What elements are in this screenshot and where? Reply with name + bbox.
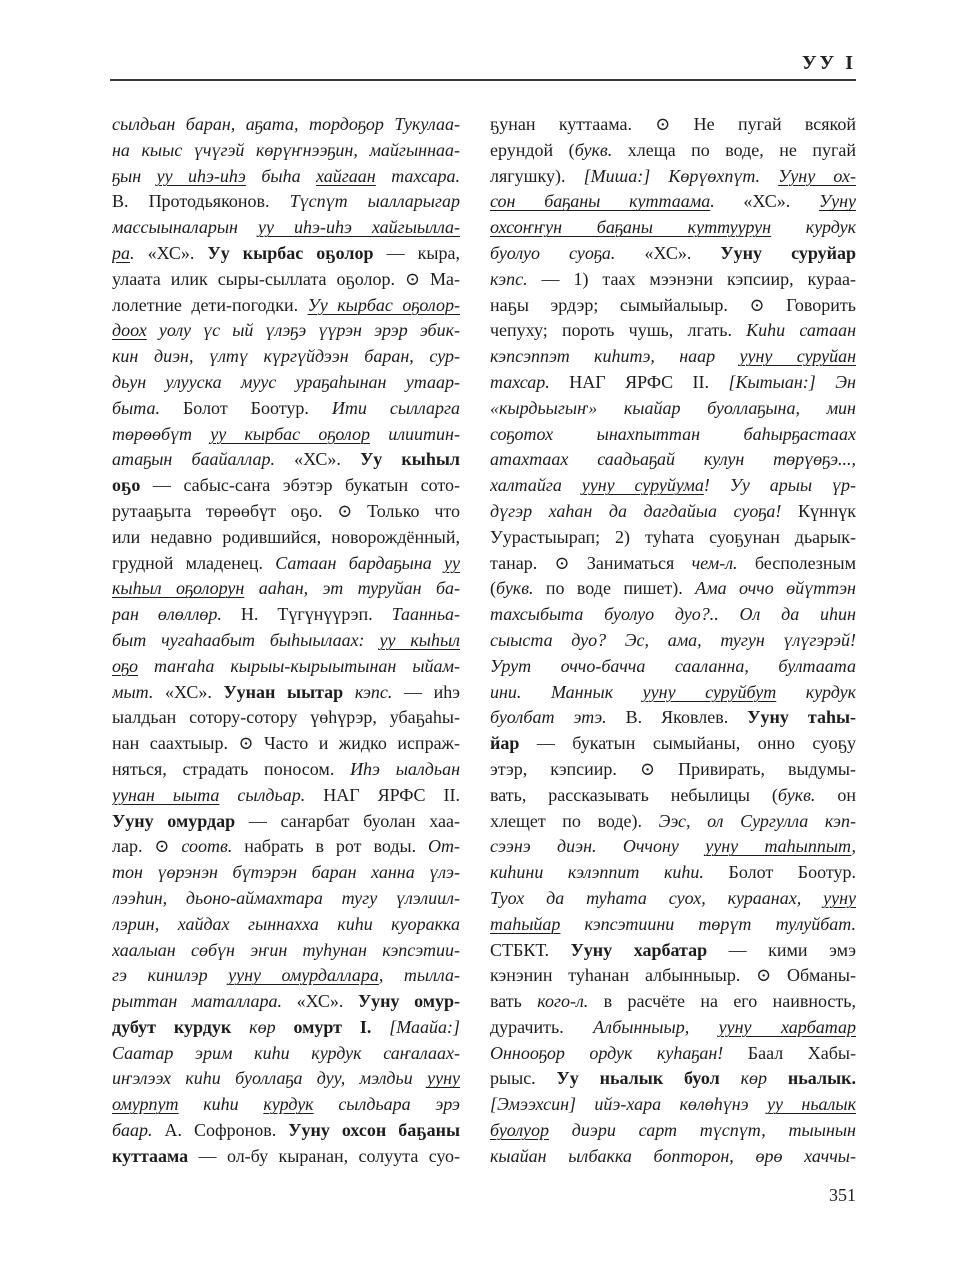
body-text: .: [710, 191, 743, 211]
body-text: сылдьара эрэ: [314, 1094, 460, 1114]
text-line: охсоҥҥун баҕаны куттуурун курдук: [490, 215, 856, 241]
body-text: таһыйар: [490, 914, 560, 934]
text-line: баар. А. Софронов. Ууну охсон баҕаны: [112, 1118, 460, 1144]
text-line: на кыыс үчүгэй көрүҥнээҕин, майгыннаа-: [112, 138, 460, 164]
body-text: соотв.: [181, 836, 232, 856]
body-text: ,: [852, 836, 857, 856]
body-text: курдук: [776, 682, 856, 702]
body-text: Оннооҕор ордук куһаҕан!: [490, 1043, 748, 1063]
body-text: ерундой (: [490, 140, 575, 160]
body-text: или недавно родившийся, новорождённый,: [112, 527, 460, 547]
text-line: соҕотох ынахпыттан баһырҕастаах: [490, 422, 856, 448]
body-text: атаҕын баайаллар.: [112, 449, 294, 469]
body-text: он: [815, 785, 856, 805]
body-text: быта.: [112, 398, 183, 418]
text-line: лэрин, хайдах гыннахха киһи куоракка: [112, 912, 460, 938]
body-text: кэпсэтиини төрүт тулуйбат.: [560, 914, 856, 934]
body-text: кого-л.: [537, 991, 588, 1011]
body-text: ини. Маннык: [490, 682, 643, 702]
body-text: ! Уу арыы үр-: [704, 475, 856, 495]
body-text: кэпсэппэт киһитэ, наар: [490, 346, 739, 366]
body-text: наҕы эрдэр; сымыйалыыр. ⊙ Говорить: [490, 295, 856, 315]
text-line: тон үөрэнэн бүтэрэн баран ханна үлэ-: [112, 860, 460, 886]
text-line: кыһыл оҕолорун ааһан, эт туруйан ба-: [112, 576, 460, 602]
text-line: вать кого-л. в расчёте на его наивность,: [490, 989, 856, 1015]
text-line: уунан ыыта сылдьар. НАГ ЯРФС II.: [112, 783, 460, 809]
body-text: илиитин-: [370, 424, 460, 444]
body-text: кыһыл оҕолорун: [112, 578, 244, 598]
body-text: хаалыан сөбүн эҥин туһунан кэпсэтии-: [112, 940, 460, 960]
body-text: гэ кинилэр: [112, 965, 228, 985]
text-line: атаҕын баайаллар. «ХС». Уу кыһыл: [112, 447, 460, 473]
headword-text: Ууну омурдар: [112, 811, 235, 831]
running-header: УУ I: [112, 52, 856, 75]
text-line: Урут оччо-бачча сааланна, бултаата: [490, 654, 856, 680]
body-text: киһи: [179, 1094, 264, 1114]
body-text: уолу үс ый үлэҕэ үүрэн эрэр эбик-: [147, 320, 460, 340]
body-text: [Эмээхсин] ийэ-хара көлөһүнэ: [490, 1094, 767, 1114]
body-text: ыалдьан сотору-сотору үөһүрэр, убаҕаһы-: [112, 707, 460, 727]
text-line: кин диэн, үлтү күргүйдээн баран, сур-: [112, 344, 460, 370]
text-line: оҕо таҥаһа кырыы-кырыытынан ыйам-: [112, 654, 460, 680]
body-text: рутааҕыта төрөөбүт оҕо. ⊙ Только что: [112, 501, 460, 521]
text-line: В. Протодьяконов. Түспүт ыалларыгар: [112, 189, 460, 215]
body-text: , тылла-: [379, 965, 460, 985]
text-line: грудной младенец. Сатаан бардаҕына уу: [112, 551, 460, 577]
body-text: ууну: [427, 1068, 460, 1088]
body-text: Болот Боотур.: [183, 398, 332, 418]
text-line: или недавно родившийся, новорождённый,: [112, 525, 460, 551]
text-line: рутааҕыта төрөөбүт оҕо. ⊙ Только что: [112, 499, 460, 525]
body-text: рыыс.: [490, 1068, 557, 1088]
text-line: кэпсэппэт киһитэ, наар ууну суруйан: [490, 344, 856, 370]
body-text: уу: [444, 553, 460, 573]
body-text: Уу кырбас оҕолор-: [308, 295, 460, 315]
body-text: лээһин, дьоно-аймахтара тугу үлэлиил-: [112, 888, 460, 908]
text-line: буолбат этэ. В. Яковлев. Ууну таһы-: [490, 705, 856, 731]
text-line: ра. «ХС». Уу кырбас оҕолор — кыра,: [112, 241, 460, 267]
body-text: көр: [741, 1068, 788, 1088]
body-text: кэпс.: [343, 682, 392, 702]
body-text: ууну харбатар: [719, 1017, 856, 1037]
text-line: сыыста дуо? Эс, ама, тугун үлүгэрэй!: [490, 628, 856, 654]
body-text: этэр, кэпсиир. ⊙ Привирать, выдумы-: [490, 759, 856, 779]
body-text: — букатын сымыйаны, онно суоҕу: [519, 733, 856, 753]
body-text: хайгаан: [316, 166, 376, 186]
body-text: набрать в рот воды.: [232, 836, 428, 856]
text-line: этэр, кэпсиир. ⊙ Привирать, выдумы-: [490, 757, 856, 783]
text-line: СТБКТ. Ууну харбатар — кими эмэ: [490, 938, 856, 964]
body-text: буолуор: [490, 1120, 549, 1140]
body-text: — иһэ: [392, 682, 460, 702]
body-text: «ХС».: [743, 191, 819, 211]
text-line: хаалыан сөбүн эҥин туһунан кэпсэтии-: [112, 938, 460, 964]
body-text: баар.: [112, 1120, 165, 1140]
text-columns: сылдьан баран, аҕата, тордоҕор Тукулаа-н…: [112, 112, 856, 1170]
headword-text: Уу кыһыл: [360, 449, 460, 469]
text-line: (букв. по воде пишет). Ама оччо өйүттэн: [490, 576, 856, 602]
body-text: нан саахтыыр. ⊙ Часто и жидко испраж-: [112, 733, 460, 753]
text-line: рыыс. Уу ньалык буол көр ньалык.: [490, 1066, 856, 1092]
body-text: От-: [428, 836, 460, 856]
headword-text: дубут курдук: [112, 1017, 249, 1037]
body-text: Ээс, ол Сургулла кэп-: [659, 811, 856, 831]
body-text: «ХС».: [148, 243, 208, 263]
text-line: иҥэлээх киһи буоллаҕа дуу, мэлдьи ууну: [112, 1066, 460, 1092]
body-text: [Кытыан:] Эн: [729, 372, 856, 392]
body-text: кэпс.: [490, 269, 528, 289]
body-text: ҕын: [112, 166, 157, 186]
body-text: дьун улууска муус ураҕаһынан утаар-: [112, 372, 460, 392]
text-line: быта. Болот Боотур. Ити сылларга: [112, 396, 460, 422]
body-text: .: [130, 243, 148, 263]
text-line: чепуху; пороть чушь, лгать. Киһи сатаан: [490, 318, 856, 344]
text-line: лээһин, дьоно-аймахтара тугу үлэлиил-: [112, 886, 460, 912]
headword-text: оҕо: [112, 475, 140, 495]
body-text: быһа: [246, 166, 316, 186]
body-text: Иһэ ыалдьан: [350, 759, 460, 779]
text-line: ини. Маннык ууну суруйбут курдук: [490, 680, 856, 706]
headword-text: ньалык.: [788, 1068, 856, 1088]
body-text: няться, страдать поносом.: [112, 759, 350, 779]
body-text: «ХС».: [294, 449, 360, 469]
body-text: [Миша:] Көрүөхпүт.: [584, 166, 779, 186]
body-text: омурпут: [112, 1094, 179, 1114]
body-text: сээнэ диэн. Оччону: [490, 836, 705, 856]
body-text: тон үөрэнэн бүтэрэн баран ханна үлэ-: [112, 862, 460, 882]
body-text: ууну суруйума: [582, 475, 704, 495]
body-text: лэрин, хайдах гыннахха киһи куоракка: [112, 914, 460, 934]
text-line: ыалдьан сотору-сотору үөһүрэр, убаҕаһы-: [112, 705, 460, 731]
body-text: Ууну: [819, 191, 856, 211]
body-text: — кыра,: [374, 243, 460, 263]
text-line: Уурастыырап; 2) туһата суоҕунан дьарык-: [490, 525, 856, 551]
body-text: курдук: [771, 217, 856, 237]
text-line: тахсар. НАГ ЯРФС II. [Кытыан:] Эн: [490, 370, 856, 396]
text-line: кыайан ылбакка бопторон, өрө хаччы-: [490, 1144, 856, 1170]
body-text: танар. ⊙ Заниматься: [490, 553, 692, 573]
body-text: «ХС».: [297, 991, 358, 1011]
body-text: лар. ⊙: [112, 836, 181, 856]
body-text: Таанньа-: [392, 604, 460, 624]
text-line: Саатар эрим киһи курдук саҥалаах-: [112, 1041, 460, 1067]
body-text: Баал Хабы-: [748, 1043, 856, 1063]
body-text: ҕунан куттаама. ⊙ Не пугай всякой: [490, 114, 856, 134]
body-text: халтайга: [490, 475, 582, 495]
headword-text: Ууну таһы-: [747, 707, 856, 727]
body-text: ууну омурдаллара: [228, 965, 379, 985]
text-line: халтайга ууну суруйума! Уу арыы үр-: [490, 473, 856, 499]
text-line: лар. ⊙ соотв. набрать в рот воды. От-: [112, 834, 460, 860]
body-text: дурачить.: [490, 1017, 593, 1037]
body-text: мыт.: [112, 682, 165, 702]
text-line: улаата илик сыры-сыллата оҕолор. ⊙ Ма-: [112, 267, 460, 293]
body-text: доох: [112, 320, 147, 340]
text-line: атахтаах саадьаҕай кулун төрүөҕэ...,: [490, 447, 856, 473]
body-text: Н. Түгүнүүрэп.: [241, 604, 392, 624]
body-text: — саҥарбат буолан хаа-: [235, 811, 460, 831]
text-line: наҕы эрдэр; сымыйалыыр. ⊙ Говорить: [490, 293, 856, 319]
body-text: «ХС».: [165, 682, 223, 702]
body-text: дүгэр хаһан да дагдайыа суоҕа!: [490, 501, 798, 521]
text-line: лолетние дети-погодки. Уу кырбас оҕолор-: [112, 293, 460, 319]
headword-text: омурт I.: [293, 1017, 389, 1037]
body-text: хлеща по воде, не пугай: [612, 140, 856, 160]
body-text: уу иһэ-иһэ: [157, 166, 246, 186]
text-line: йар — букатын сымыйаны, онно суоҕу: [490, 731, 856, 757]
body-text: букв.: [575, 140, 613, 160]
body-text: улаата илик сыры-сыллата оҕолор. ⊙ Ма-: [112, 269, 460, 289]
text-line: дьун улууска муус ураҕаһынан утаар-: [112, 370, 460, 396]
text-line: мыт. «ХС». Уунан ыытар кэпс. — иһэ: [112, 680, 460, 706]
body-text: В. Протодьяконов.: [112, 191, 290, 211]
text-line: Ууну омурдар — саҥарбат буолан хаа-: [112, 809, 460, 835]
headword-text: йар: [490, 733, 519, 753]
text-line: «кырдьыгыҥ» кыайар буоллаҕына, мин: [490, 396, 856, 422]
body-text: ран өлөллөр.: [112, 604, 241, 624]
text-line: төрөөбүт уу кырбас оҕолор илиитин-: [112, 422, 460, 448]
text-line: сон баҕаны куттаама. «ХС». Ууну: [490, 189, 856, 215]
text-line: ҕын уу иһэ-иһэ быһа хайгаан тахсара.: [112, 164, 460, 190]
body-text: иҥэлээх киһи буоллаҕа дуу, мэлдьи: [112, 1068, 427, 1088]
body-text: Түспүт ыалларыгар: [290, 191, 460, 211]
body-text: быт чугаһаабыт быһыылаах:: [112, 630, 379, 650]
body-text: Сатаан бардаҕына: [275, 553, 444, 573]
body-text: Туох да туһата суох, кураанах,: [490, 888, 823, 908]
text-line: Туох да туһата суох, кураанах, ууну: [490, 886, 856, 912]
body-text: уу кыһыл: [379, 630, 460, 650]
column-right: ҕунан куттаама. ⊙ Не пугай всякойерундой…: [490, 112, 856, 1170]
text-line: дурачить. Албынныыр, ууну харбатар: [490, 1015, 856, 1041]
body-text: рыттан маталлара.: [112, 991, 297, 1011]
body-text: көр: [249, 1017, 293, 1037]
body-text: Саатар эрим киһи курдук саҥалаах-: [112, 1043, 460, 1063]
body-text: — кими эмэ: [707, 940, 856, 960]
body-text: букв.: [778, 785, 816, 805]
body-text: вать: [490, 991, 537, 1011]
column-left: сылдьан баран, аҕата, тордоҕор Тукулаа-н…: [112, 112, 460, 1170]
body-text: Болот Боотур.: [728, 862, 856, 882]
body-text: ууну таһыппыт: [705, 836, 851, 856]
body-text: — ол-бу кыранан, солуута суо-: [188, 1146, 460, 1166]
body-text: тахсар.: [490, 372, 569, 392]
body-text: уу ньалык: [767, 1094, 856, 1114]
body-text: кэнэнин туһанан албынныыр. ⊙ Обманы-: [490, 965, 856, 985]
text-line: хлещет по воде). Ээс, ол Сургулла кэп-: [490, 809, 856, 835]
body-text: ра: [112, 243, 130, 263]
text-line: ерундой (букв. хлеща по воде, не пугай: [490, 138, 856, 164]
body-text: тахсара.: [376, 166, 460, 186]
headword-text: Уу кырбас оҕолор: [207, 243, 373, 263]
text-line: кэпс. — 1) таах мээнэни кэпсиир, кураа-: [490, 267, 856, 293]
body-text: чепуху; пороть чушь, лгать.: [490, 320, 746, 340]
text-line: омурпут киһи курдук сылдьара эрэ: [112, 1092, 460, 1118]
body-text: сылдьан баран, аҕата, тордоҕор Тукулаа-: [112, 114, 460, 134]
body-text: Киһи сатаан: [746, 320, 856, 340]
body-text: Ити сылларга: [332, 398, 460, 418]
body-text: таҥаһа кырыы-кырыытынан ыйам-: [138, 656, 460, 676]
body-text: хлещет по воде).: [490, 811, 659, 831]
body-text: на кыыс үчүгэй көрүҥнээҕин, майгыннаа-: [112, 140, 460, 160]
text-line: киһини кэлэппит киһи. Болот Боотур.: [490, 860, 856, 886]
body-text: — сабыс-саҥа эбэтэр букатын сото-: [140, 475, 460, 495]
body-text: уу кырбас оҕолор: [210, 424, 370, 444]
header-divider: [110, 79, 856, 81]
body-text: НАГ ЯРФС II.: [305, 785, 460, 805]
body-text: Албынныыр,: [593, 1017, 719, 1037]
body-text: курдук: [263, 1094, 313, 1114]
body-text: буолбат этэ.: [490, 707, 626, 727]
headword-text: Уунан ыытар: [223, 682, 343, 702]
body-text: в расчёте на его наивность,: [588, 991, 856, 1011]
body-text: чем-л.: [692, 553, 738, 573]
body-text: Ама оччо өйүттэн: [695, 578, 856, 598]
body-text: НАГ ЯРФС II.: [569, 372, 728, 392]
body-text: массыыналарын: [112, 217, 258, 237]
body-text: төрөөбүт: [112, 424, 210, 444]
body-text: Ууну ох-: [778, 166, 856, 186]
body-text: сон баҕаны куттаама: [490, 191, 710, 211]
text-line: быт чугаһаабыт быһыылаах: уу кыһыл: [112, 628, 460, 654]
body-text: сылдьар.: [219, 785, 305, 805]
body-text: — 1) таах мээнэни кэпсиир, кураа-: [528, 269, 856, 289]
body-text: кыайан ылбакка бопторон, өрө хаччы-: [490, 1146, 856, 1166]
body-text: Уурастыырап; 2) туһата суоҕунан дьарык-: [490, 527, 856, 547]
body-text: по воде пишет).: [534, 578, 696, 598]
text-line: сылдьан баран, аҕата, тордоҕор Тукулаа-: [112, 112, 460, 138]
headword-text: Ууну суруйар: [720, 243, 856, 263]
body-text: буолуо суоҕа.: [490, 243, 645, 263]
body-text: В. Яковлев.: [626, 707, 748, 727]
body-text: соҕотох ынахпыттан баһырҕастаах: [490, 424, 856, 444]
body-text: грудной младенец.: [112, 553, 275, 573]
text-line: нан саахтыыр. ⊙ Часто и жидко испраж-: [112, 731, 460, 757]
body-text: ууну: [823, 888, 856, 908]
text-line: рыттан маталлара. «ХС». Ууну омур-: [112, 989, 460, 1015]
text-line: ҕунан куттаама. ⊙ Не пугай всякой: [490, 112, 856, 138]
headword-text: куттаама: [112, 1146, 188, 1166]
body-text: Күннүк: [798, 501, 856, 521]
body-text: «ХС».: [645, 243, 721, 263]
body-text: Урут оччо-бачча сааланна, бултаата: [490, 656, 856, 676]
body-text: бесполезным: [738, 553, 856, 573]
body-text: вать, рассказывать небылицы (: [490, 785, 778, 805]
text-line: кэнэнин туһанан албынныыр. ⊙ Обманы-: [490, 963, 856, 989]
text-line: [Эмээхсин] ийэ-хара көлөһүнэ уу ньалык: [490, 1092, 856, 1118]
body-text: букв.: [496, 578, 534, 598]
body-text: уу иһэ-иһэ хайгыылла-: [258, 217, 460, 237]
headword-text: Уу ньалык буол: [557, 1068, 741, 1088]
body-text: «кырдьыгыҥ» кыайар буоллаҕына, мин: [490, 398, 856, 418]
text-line: лягушку). [Миша:] Көрүөхпүт. Ууну ох-: [490, 164, 856, 190]
text-line: гэ кинилэр ууну омурдаллара, тылла-: [112, 963, 460, 989]
headword-text: Ууну харбатар: [571, 940, 708, 960]
body-text: оҕо: [112, 656, 138, 676]
text-line: сээнэ диэн. Оччону ууну таһыппыт,: [490, 834, 856, 860]
text-line: буолуо суоҕа. «ХС». Ууну суруйар: [490, 241, 856, 267]
text-line: дубут курдук көр омурт I. [Маайа:]: [112, 1015, 460, 1041]
body-text: ааһан, эт туруйан ба-: [244, 578, 460, 598]
body-text: уунан ыыта: [112, 785, 219, 805]
body-text: [Маайа:]: [389, 1017, 460, 1037]
text-line: массыыналарын уу иһэ-иһэ хайгыылла-: [112, 215, 460, 241]
text-line: доох уолу үс ый үлэҕэ үүрэн эрэр эбик-: [112, 318, 460, 344]
text-line: куттаама — ол-бу кыранан, солуута суо-: [112, 1144, 460, 1170]
body-text: диэри сарт түспүт, тыынын: [549, 1120, 856, 1140]
body-text: СТБКТ.: [490, 940, 571, 960]
text-line: танар. ⊙ Заниматься чем-л. бесполезным: [490, 551, 856, 577]
body-text: ууну суруйан: [739, 346, 856, 366]
text-line: оҕо — сабыс-саҥа эбэтэр букатын сото-: [112, 473, 460, 499]
headword-text: Ууну охсон баҕаны: [288, 1120, 460, 1140]
text-line: буолуор диэри сарт түспүт, тыынын: [490, 1118, 856, 1144]
body-text: тахсыбыта буолуо дуо?.. Ол да иһин: [490, 604, 856, 624]
text-line: дүгэр хаһан да дагдайыа суоҕа! Күннүк: [490, 499, 856, 525]
text-line: Оннооҕор ордук куһаҕан! Баал Хабы-: [490, 1041, 856, 1067]
text-line: ран өлөллөр. Н. Түгүнүүрэп. Таанньа-: [112, 602, 460, 628]
text-line: тахсыбыта буолуо дуо?.. Ол да иһин: [490, 602, 856, 628]
body-text: сыыста дуо? Эс, ама, тугун үлүгэрэй!: [490, 630, 856, 650]
text-line: таһыйар кэпсэтиини төрүт тулуйбат.: [490, 912, 856, 938]
body-text: киһини кэлэппит киһи.: [490, 862, 728, 882]
body-text: охсоҥҥун баҕаны куттуурун: [490, 217, 771, 237]
text-line: няться, страдать поносом. Иһэ ыалдьан: [112, 757, 460, 783]
body-text: лягушку).: [490, 166, 584, 186]
page-number: 351: [112, 1185, 856, 1206]
body-text: А. Софронов.: [165, 1120, 289, 1140]
body-text: кин диэн, үлтү күргүйдээн баран, сур-: [112, 346, 460, 366]
text-line: вать, рассказывать небылицы (букв. он: [490, 783, 856, 809]
headword-text: Ууну омур-: [358, 991, 460, 1011]
body-text: лолетние дети-погодки.: [112, 295, 308, 315]
body-text: атахтаах саадьаҕай кулун төрүөҕэ...,: [490, 449, 856, 469]
dictionary-page: УУ I сылдьан баран, аҕата, тордоҕор Туку…: [0, 0, 959, 1274]
body-text: ууну суруйбут: [643, 682, 777, 702]
